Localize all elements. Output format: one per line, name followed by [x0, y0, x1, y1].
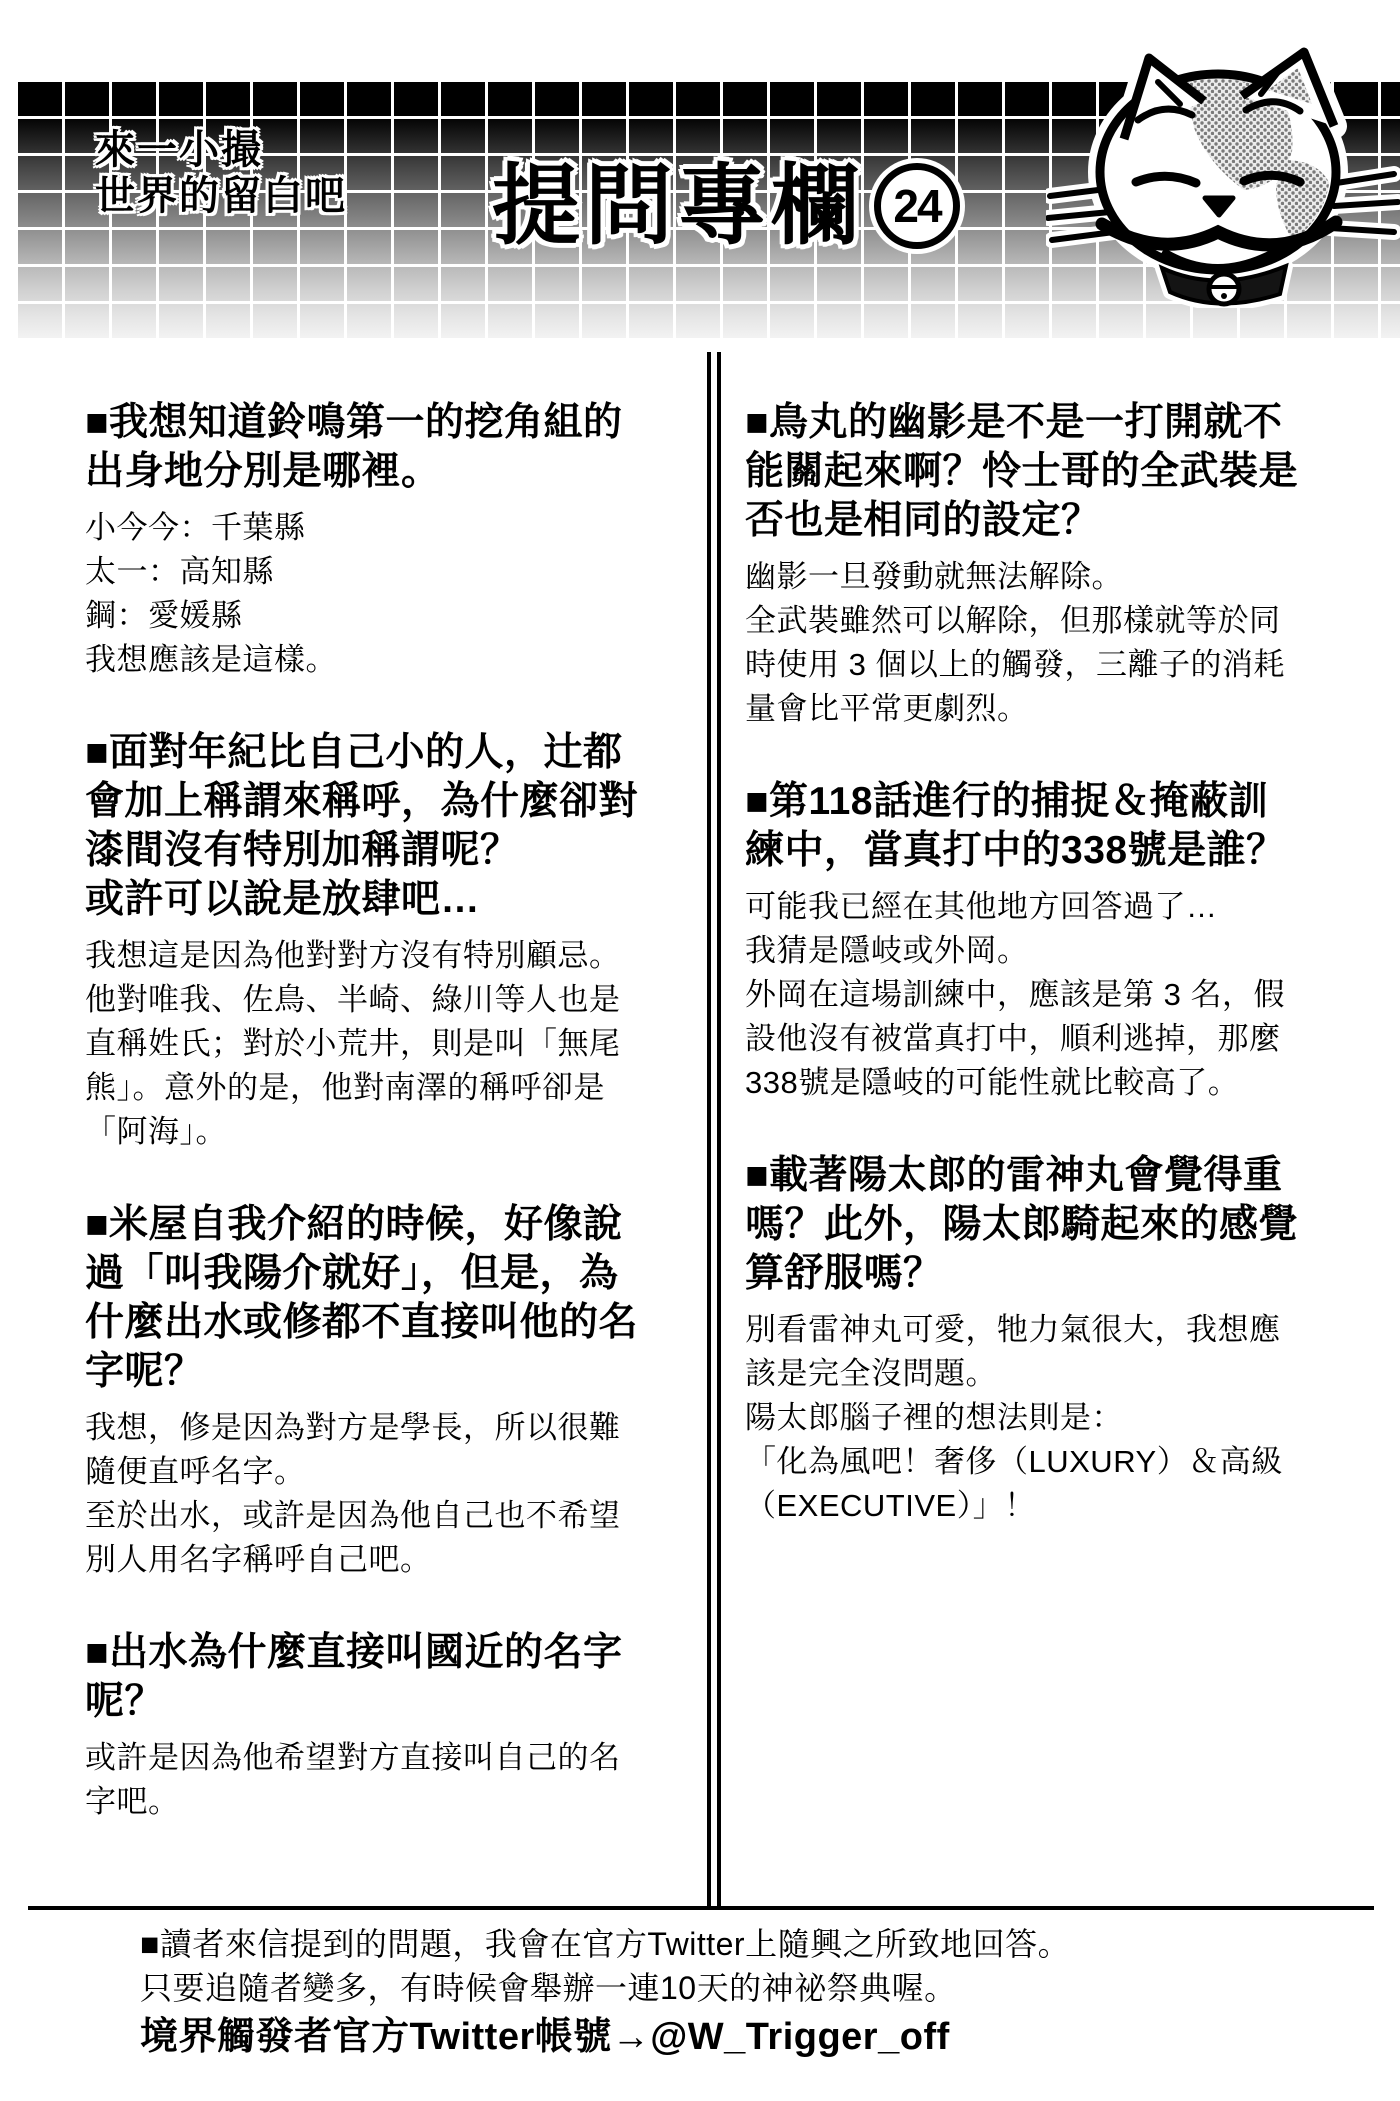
issue-number-badge: 24 [874, 163, 960, 249]
qa-block: ■載著陽太郎的雷神丸會覺得重 嗎？此外，陽太郎騎起來的感覺 算舒服嗎？別看雷神丸… [745, 1151, 1360, 1528]
footer-note-line2: 只要追隨者變多，有時候會舉辦一連10天的神祕祭典喔。 [140, 1966, 1070, 2010]
cat-mascot-illustration [1046, 44, 1400, 313]
footer-divider-line [28, 1906, 1374, 1910]
page-title: 提問專欄 [492, 156, 864, 256]
question-heading: ■鳥丸的幽影是不是一打開就不 能關起來啊？怜士哥的全武裝是 否也是相同的設定？ [745, 398, 1360, 545]
question-heading: ■米屋自我介紹的時候，好像說 過「叫我陽介就好」，但是，為 什麼出水或修都不直接… [85, 1200, 700, 1396]
answer-text: 或許是因為他希望對方直接叫自己的名 字吧。 [85, 1736, 700, 1824]
qa-block: ■我想知道鈴鳴第一的挖角組的 出身地分別是哪裡。小今今：千葉縣 太一：高知縣 鋼… [85, 398, 700, 682]
question-heading: ■載著陽太郎的雷神丸會覺得重 嗎？此外，陽太郎騎起來的感覺 算舒服嗎？ [745, 1151, 1360, 1298]
question-heading: ■出水為什麼直接叫國近的名字 呢？ [85, 1628, 700, 1726]
qa-block: ■出水為什麼直接叫國近的名字 呢？或許是因為他希望對方直接叫自己的名 字吧。 [85, 1628, 700, 1824]
answer-text: 幽影一旦發動就無法解除。 全武裝雖然可以解除，但那樣就等於同 時使用 3 個以上… [745, 555, 1360, 731]
manga-qa-page: 來一小撮 世界的留白吧 提問專欄 24 [0, 0, 1400, 2101]
question-heading: ■面對年紀比自己小的人，辻都 會加上稱謂來稱呼，為什麼卻對 漆間沒有特別加稱謂呢… [85, 728, 700, 924]
answer-text: 我想，修是因為對方是學長，所以很難 隨便直呼名字。 至於出水，或許是因為他自己也… [85, 1406, 700, 1582]
left-column: ■我想知道鈴鳴第一的挖角組的 出身地分別是哪裡。小今今：千葉縣 太一：高知縣 鋼… [85, 398, 700, 1870]
qa-block: ■面對年紀比自己小的人，辻都 會加上稱謂來稱呼，為什麼卻對 漆間沒有特別加稱謂呢… [85, 728, 700, 1154]
footer: ■讀者來信提到的問題，我會在官方Twitter上隨興之所致地回答。 只要追隨者變… [140, 1922, 1070, 2062]
answer-text: 我想這是因為他對對方沒有特別顧忌。 他對唯我、佐鳥、半崎、綠川等人也是 直稱姓氏… [85, 934, 700, 1154]
question-heading: ■我想知道鈴鳴第一的挖角組的 出身地分別是哪裡。 [85, 398, 700, 496]
footer-note-line1: ■讀者來信提到的問題，我會在官方Twitter上隨興之所致地回答。 [140, 1922, 1070, 1966]
qa-block: ■米屋自我介紹的時候，好像說 過「叫我陽介就好」，但是，為 什麼出水或修都不直接… [85, 1200, 700, 1582]
answer-text: 可能我已經在其他地方回答過了… 我猜是隱岐或外岡。 外岡在這場訓練中，應該是第 … [745, 885, 1360, 1105]
header-tagline: 來一小撮 世界的留白吧 [95, 127, 347, 219]
title-row: 提問專欄 24 [492, 156, 960, 256]
right-column: ■鳥丸的幽影是不是一打開就不 能關起來啊？怜士哥的全武裝是 否也是相同的設定？幽… [745, 398, 1360, 1574]
twitter-handle: 境界觸發者官方Twitter帳號→@W_Trigger_off [140, 2012, 1070, 2062]
cat-icon [1046, 44, 1400, 308]
answer-text: 小今今：千葉縣 太一：高知縣 鋼：愛媛縣 我想應該是這樣。 [85, 506, 700, 682]
qa-block: ■第118話進行的捕捉＆掩蔽訓 練中，當真打中的338號是誰？可能我已經在其他地… [745, 777, 1360, 1105]
qa-block: ■鳥丸的幽影是不是一打開就不 能關起來啊？怜士哥的全武裝是 否也是相同的設定？幽… [745, 398, 1360, 731]
question-heading: ■第118話進行的捕捉＆掩蔽訓 練中，當真打中的338號是誰？ [745, 777, 1360, 875]
answer-text: 別看雷神丸可愛，牠力氣很大，我想應 該是完全沒問題。 陽太郎腦子裡的想法則是： … [745, 1308, 1360, 1528]
column-divider [707, 352, 721, 1906]
